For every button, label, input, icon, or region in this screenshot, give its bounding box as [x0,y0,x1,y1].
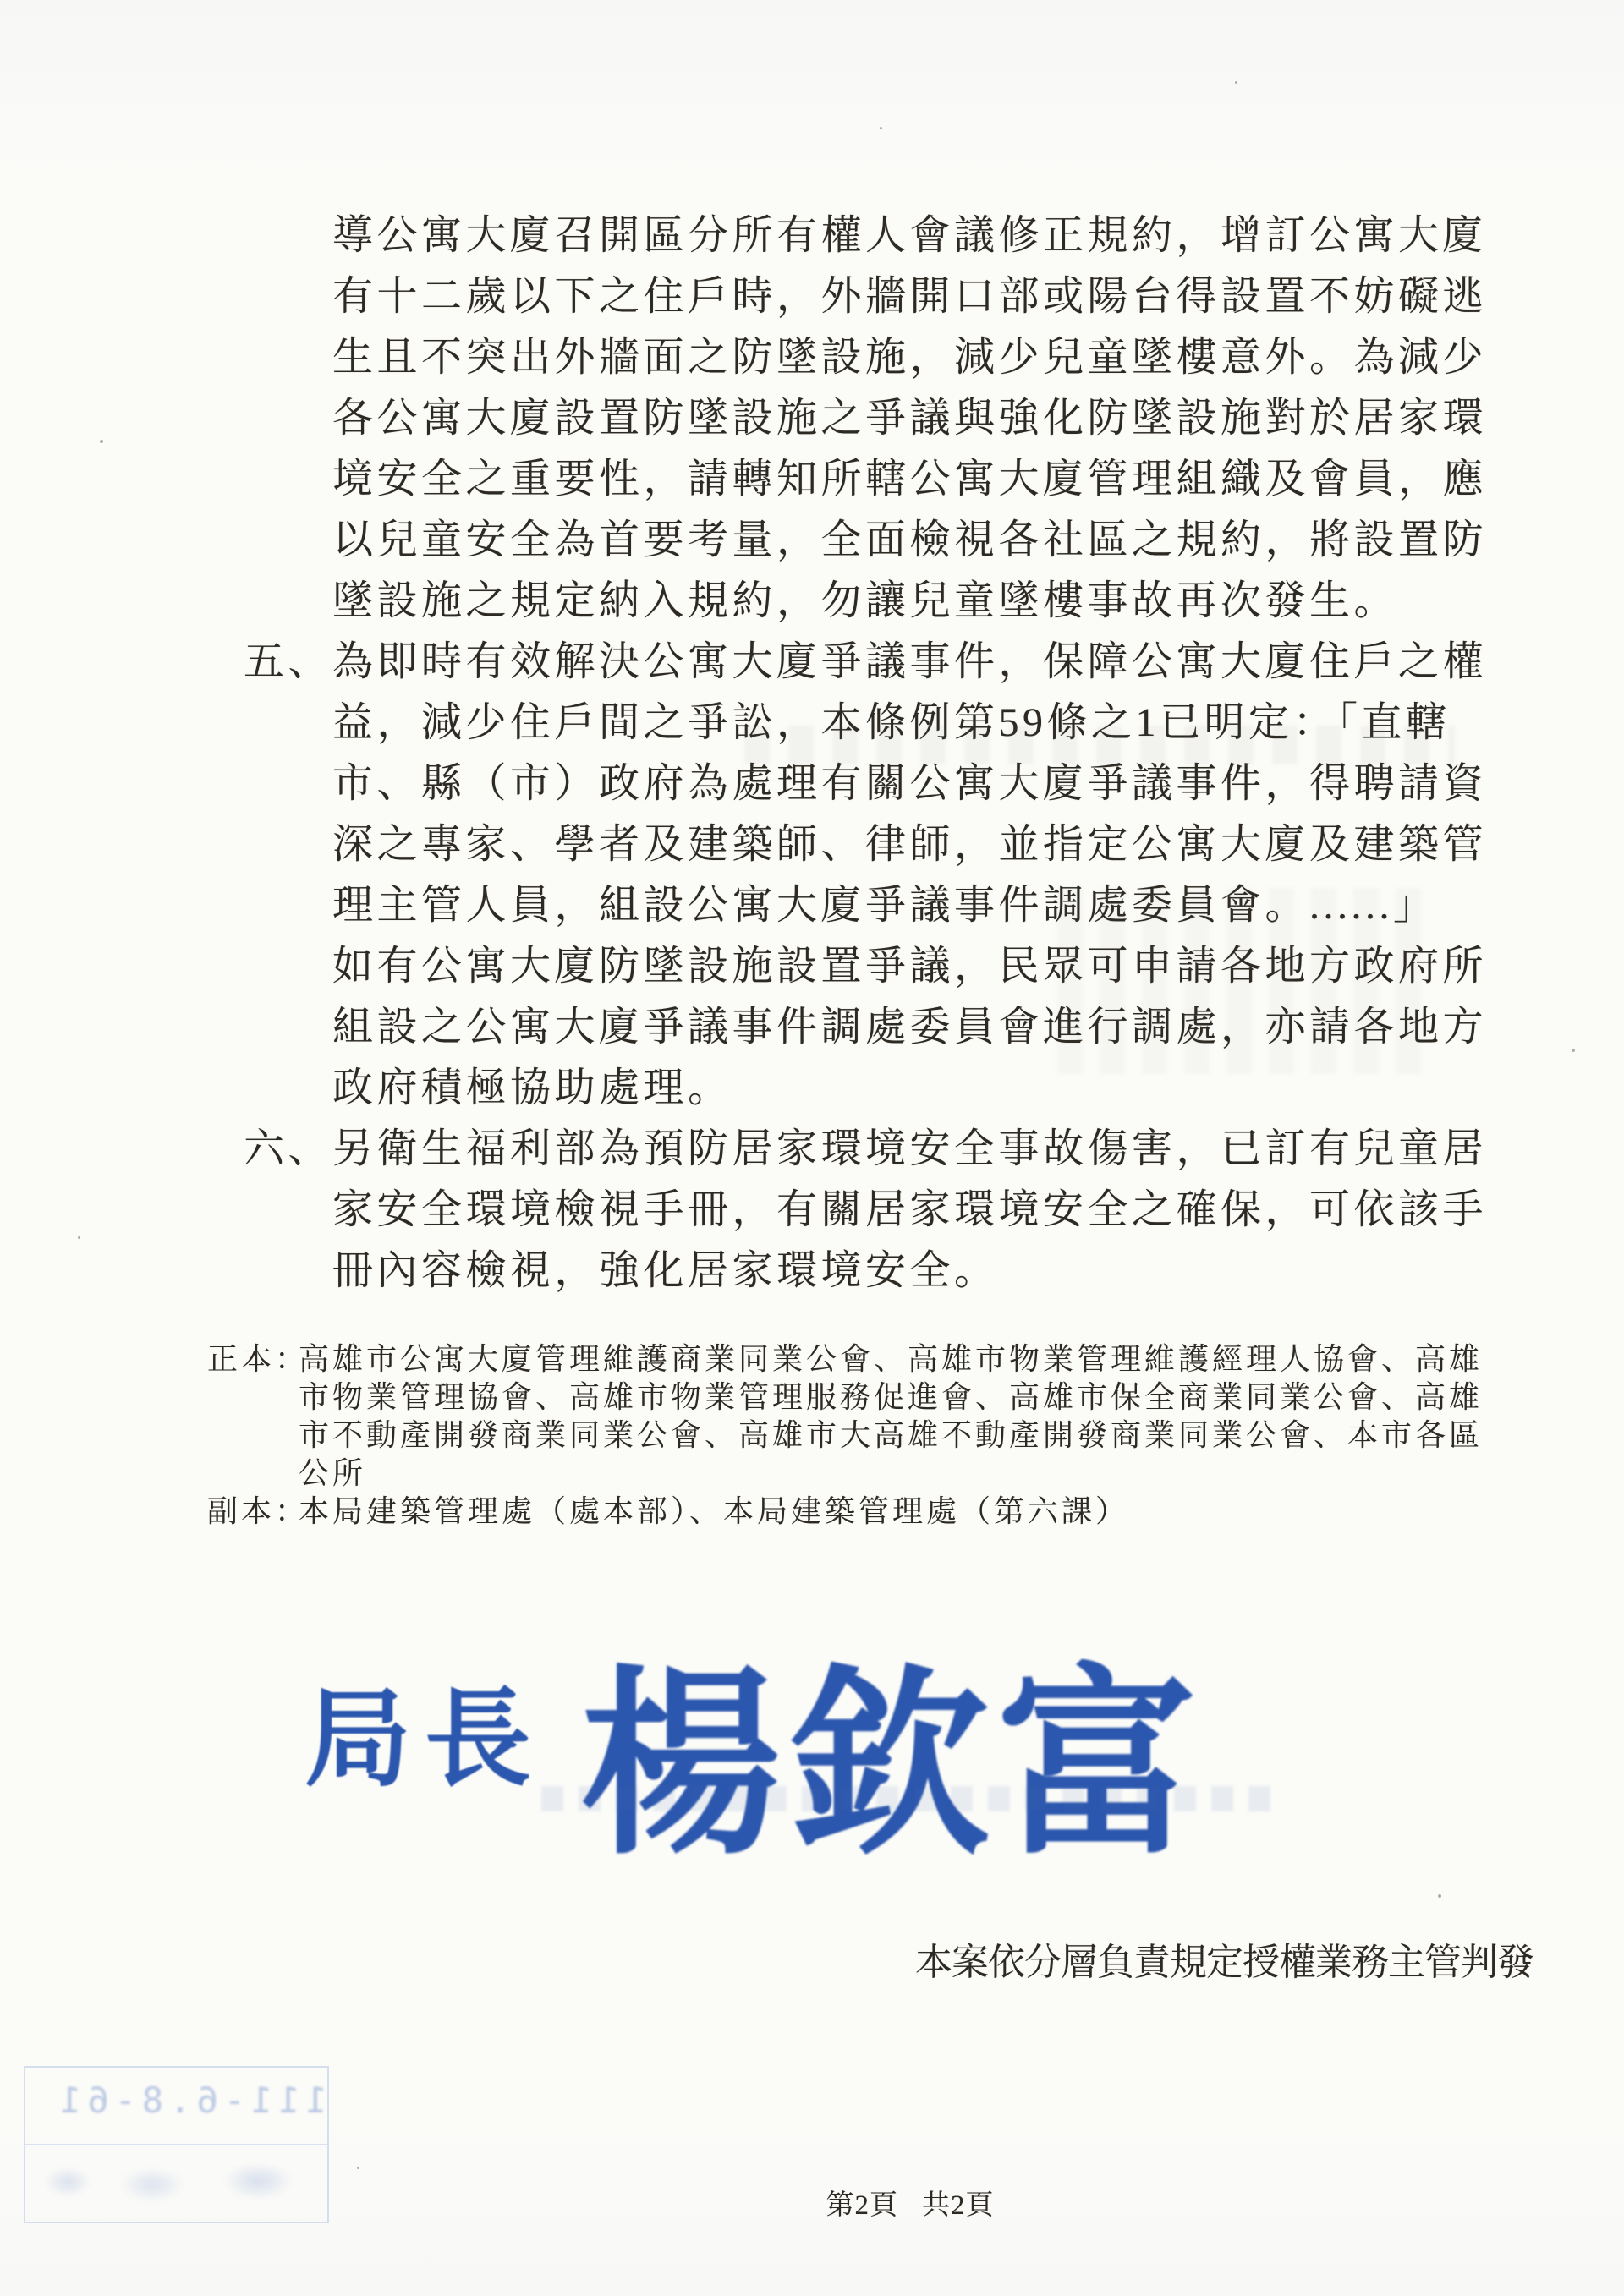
dust-speck [357,2167,359,2169]
scanned-page: { "doc": { "ink_color": "#2c57ae", "body… [0,0,1624,2296]
body-text-line: 益，減少住戶間之爭訟，本條例第59條之1已明定：「直轄 [332,698,1451,748]
page-number-current: 第2頁 [826,2190,899,2221]
body-text-line: 政府積極協助處理。 [332,1063,732,1114]
body-text-line: 生且不突出外牆面之防墜設施，減少兒童墜樓意外。為減少 [332,332,1487,383]
bleed-through-stamp-divider [25,2144,327,2145]
list-item-5-line: 五、為即時有效解決公寓大廈爭議事件，保障公寓大廈住戶之權 [244,637,1487,688]
dust-speck [1235,81,1237,84]
bleed-through-stamp-box: 111-6.8-61 [24,2066,329,2223]
body-text-line: 導公寓大廈召開區分所有權人會議修正規約，增訂公寓大廈 [332,211,1487,261]
copy-recipients-label: 副本： [207,1493,309,1530]
bleed-through-stamp-text: 111-6.8-61 [54,2080,327,2121]
body-text-line: 理主管人員，組設公寓大廈爭議事件調處委員會。......」 [332,880,1438,931]
original-recipients-line: 公所 [299,1455,366,1492]
dust-speck [1389,357,1392,360]
original-recipients-line: 市不動產開發商業同業公會、高雄市大高雄不動產開發商業同業公會、本市各區 [299,1417,1483,1454]
body-text-line: 有十二歲以下之住戶時，外牆開口部或陽台得設置不妨礙逃 [332,271,1487,322]
director-name-stamp: 楊欽富 [580,1603,1204,1893]
director-title-stamp: 局長 [304,1654,545,1807]
original-recipients-line: 市物業管理協會、高雄市物業管理服務促進會、高雄市保全商業同業公會、高雄 [299,1378,1483,1416]
body-text-line: 以兒童安全為首要考量，全面檢視各社區之規約，將設置防 [332,515,1487,566]
dust-speck [1572,1049,1575,1052]
body-text-line: 墜設施之規定納入規約，勿讓兒童墜樓事故再次發生。 [332,576,1398,627]
body-text-line: 組設之公寓大廈爭議事件調處委員會進行調處，亦請各地方 [332,1002,1487,1053]
body-text-line: 如有公寓大廈防墜設施設置爭議，民眾可申請各地方政府所 [332,941,1487,992]
page-footer: 第2頁共2頁 [810,2151,995,2222]
body-text-line: 境安全之重要性，請轉知所轄公寓大廈管理組織及會員，應 [332,454,1487,505]
copy-recipients-line: 本局建築管理處（處本部）、本局建築管理處（第六課） [299,1493,1129,1530]
body-text-line: 各公寓大廈設置防墜設施之爭議與強化防墜設施對於居家環 [332,393,1487,444]
body-text-line: 深之專家、學者及建築師、律師，並指定公寓大廈及建築管 [332,819,1487,870]
dust-speck [100,440,103,443]
original-recipients-line: 高雄市公寓大廈管理維護商業同業公會、高雄市物業管理維護經理人協會、高雄 [299,1340,1483,1378]
body-text-line: 冊內容檢視，強化居家環境安全。 [332,1246,999,1296]
body-text-line: 家安全環境檢視手冊，有關居家環境安全之確保，可依該手 [332,1185,1487,1236]
page-number-total: 共2頁 [922,2190,995,2221]
dust-speck [78,1236,80,1239]
body-text-line: 市、縣（市）政府為處理有關公寓大廈爭議事件，得聘請資 [332,759,1487,809]
bleed-through-stamp-blobs [34,2152,313,2211]
original-recipients-label: 正本： [207,1340,309,1378]
dust-speck [880,127,882,129]
dust-speck [1438,1894,1441,1898]
authorization-note: 本案依分層負責規定授權業務主管判發 [915,1932,1533,1986]
list-item-6-line: 六、另衛生福利部為預防居家環境安全事故傷害，已訂有兒童居 [244,1124,1487,1175]
